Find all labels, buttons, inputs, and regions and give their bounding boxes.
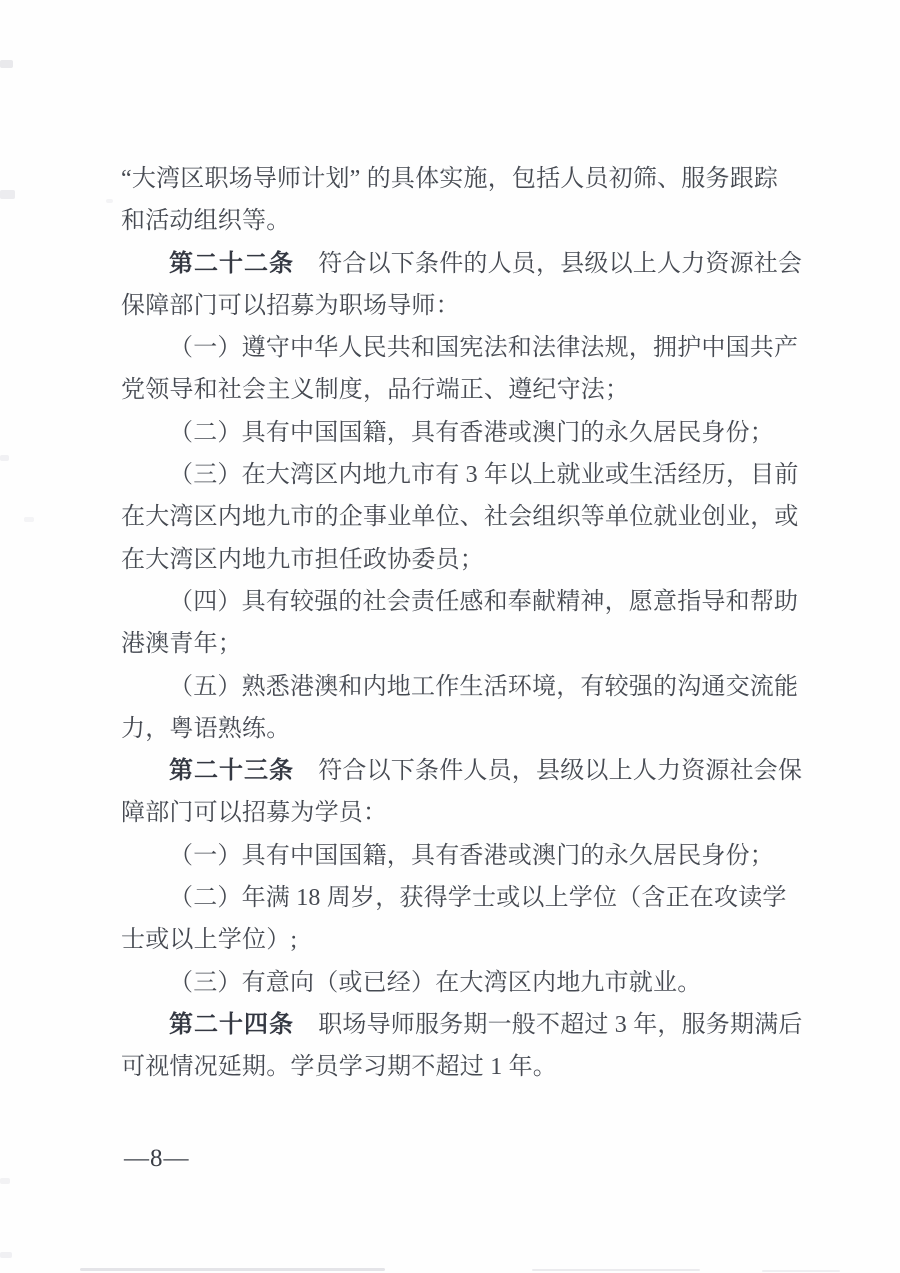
text-line: （五）熟悉港澳和内地工作生活环境，有较强的沟通交流能 xyxy=(121,666,821,708)
text-line: 可视情况延期。学员学习期不超过 1 年。 xyxy=(121,1046,821,1088)
paragraph: （四）具有较强的社会责任感和奉献精神，愿意指导和帮助港澳青年； xyxy=(121,581,821,666)
text-line: 在大湾区内地九市担任政协委员； xyxy=(121,539,821,581)
scan-artifact xyxy=(0,60,13,68)
article-number: 第二十四条 xyxy=(169,1011,294,1038)
page-number: —8— xyxy=(124,1140,190,1178)
text-line: 第二十三条 符合以下条件人员，县级以上人力资源社会保 xyxy=(121,750,821,792)
text-line: （一）遵守中华人民共和国宪法和法律法规，拥护中国共产 xyxy=(121,327,821,369)
text-line: （二）年满 18 周岁，获得学士或以上学位（含正在攻读学 xyxy=(121,877,821,919)
paragraph: （二）年满 18 周岁，获得学士或以上学位（含正在攻读学士或以上学位）; xyxy=(121,877,821,962)
paragraph: 第二十二条 符合以下条件的人员，县级以上人力资源社会保障部门可以招募为职场导师： xyxy=(121,243,821,328)
text-line: （二）具有中国国籍，具有香港或澳门的永久居民身份； xyxy=(121,412,821,454)
text-line: 保障部门可以招募为职场导师： xyxy=(121,285,821,327)
paragraph: （一）具有中国国籍，具有香港或澳门的永久居民身份； xyxy=(121,835,821,877)
scan-artifact xyxy=(24,517,34,522)
paragraph: 第二十四条 职场导师服务期一般不超过 3 年，服务期满后可视情况延期。学员学习期… xyxy=(121,1004,821,1089)
paragraph: （三）有意向（或已经）在大湾区内地九市就业。 xyxy=(121,962,821,1004)
text-line: 港澳青年； xyxy=(121,623,821,665)
text-line: 党领导和社会主义制度，品行端正、遵纪守法； xyxy=(121,369,821,411)
paragraph: （五）熟悉港澳和内地工作生活环境，有较强的沟通交流能力，粤语熟练。 xyxy=(121,666,821,751)
text-line: （一）具有中国国籍，具有香港或澳门的永久居民身份； xyxy=(121,835,821,877)
text-line: 第二十四条 职场导师服务期一般不超过 3 年，服务期满后 xyxy=(121,1004,821,1046)
paragraph: 第二十三条 符合以下条件人员，县级以上人力资源社会保障部门可以招募为学员： xyxy=(121,750,821,835)
scan-artifact xyxy=(762,1270,840,1272)
paragraph: （一）遵守中华人民共和国宪法和法律法规，拥护中国共产党领导和社会主义制度，品行端… xyxy=(121,327,821,412)
text-line: 第二十二条 符合以下条件的人员，县级以上人力资源社会 xyxy=(121,243,821,285)
text-line: 障部门可以招募为学员： xyxy=(121,792,821,834)
scan-artifact xyxy=(106,199,113,203)
text-line: 力，粤语熟练。 xyxy=(121,708,821,750)
document-page: “大湾区职场导师计划” 的具体实施，包括人员初筛、服务跟踪和活动组织等。第二十二… xyxy=(0,0,900,1273)
text-line: 在大湾区内地九市的企事业单位、社会组织等单位就业创业，或 xyxy=(121,496,821,538)
text-line: （四）具有较强的社会责任感和奉献精神，愿意指导和帮助 xyxy=(121,581,821,623)
article-number: 第二十二条 xyxy=(169,250,294,277)
scan-artifact xyxy=(0,1252,12,1258)
paragraph: “大湾区职场导师计划” 的具体实施，包括人员初筛、服务跟踪和活动组织等。 xyxy=(121,158,821,243)
text-line: （三）有意向（或已经）在大湾区内地九市就业。 xyxy=(121,962,821,1004)
paragraph: （二）具有中国国籍，具有香港或澳门的永久居民身份； xyxy=(121,412,821,454)
text-line: 士或以上学位）; xyxy=(121,919,821,961)
scan-artifact xyxy=(0,1178,10,1184)
scan-artifact xyxy=(0,455,9,461)
text-line: “大湾区职场导师计划” 的具体实施，包括人员初筛、服务跟踪 xyxy=(121,158,821,200)
scan-artifact xyxy=(80,1268,385,1271)
scan-artifact xyxy=(532,1269,700,1271)
text-line: 和活动组织等。 xyxy=(121,200,821,242)
text-line: （三）在大湾区内地九市有 3 年以上就业或生活经历，目前 xyxy=(121,454,821,496)
article-number: 第二十三条 xyxy=(169,757,294,784)
document-body: “大湾区职场导师计划” 的具体实施，包括人员初筛、服务跟踪和活动组织等。第二十二… xyxy=(121,158,821,1089)
scan-artifact xyxy=(0,190,15,199)
paragraph: （三）在大湾区内地九市有 3 年以上就业或生活经历，目前在大湾区内地九市的企事业… xyxy=(121,454,821,581)
